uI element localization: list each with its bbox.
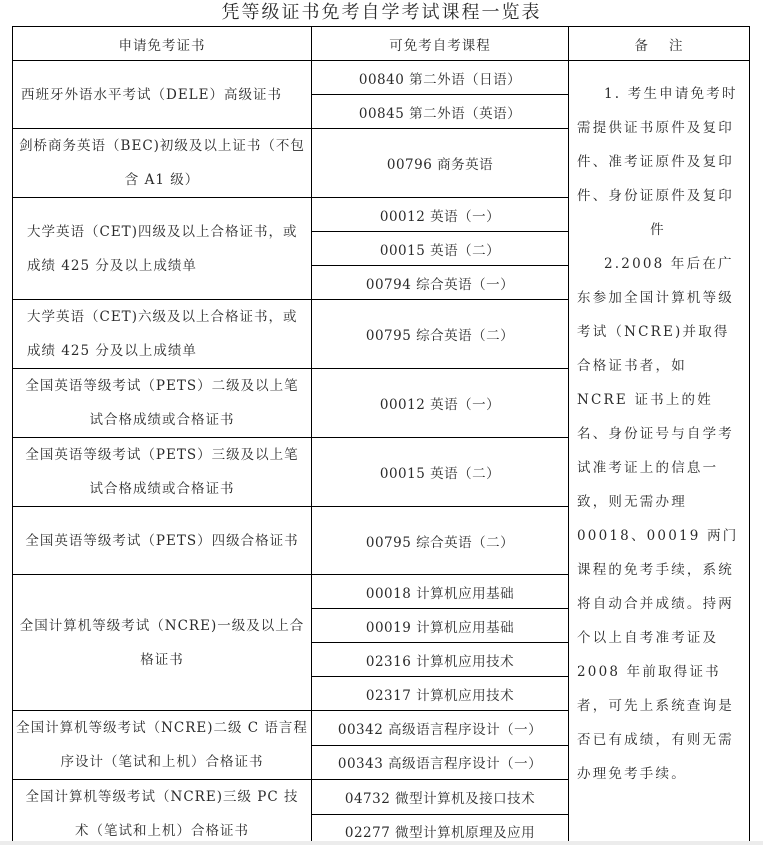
course-cell: 00018 计算机应用基础 [312, 575, 569, 609]
certificate-cell: 全国英语等级考试（PETS）四级合格证书 [13, 507, 312, 575]
certificate-cell: 剑桥商务英语（BEC)初级及以上证书（不包含 A1 级） [13, 129, 312, 198]
certificate-cell: 全国英语等级考试（PETS）二级及以上笔试合格成绩或合格证书 [13, 369, 312, 438]
table-row: 西班牙外语水平考试（DELE）高级证书 00840 第二外语（日语） 1. 考生… [13, 61, 750, 95]
header-notes-char1: 备 [635, 34, 650, 54]
certificate-cell: 全国计算机等级考试（NCRE)二级 C 语言程序设计（笔试和上机）合格证书 [13, 711, 312, 780]
course-cell: 00342 高级语言程序设计（一） [312, 711, 569, 746]
course-cell: 00795 综合英语（二） [312, 300, 569, 369]
document-title: 凭等级证书免考自学考试课程一览表 [0, 2, 763, 24]
exemption-table: 申请免考证书 可免考自考课程 备注 西班牙外语水平考试（DELE）高级证书 00… [12, 26, 750, 845]
certificate-cell: 全国计算机等级考试（NCRE)三级 PC 技术（笔试和上机）合格证书 [13, 780, 312, 845]
page-bottom-strip [0, 841, 763, 845]
course-cell: 00343 高级语言程序设计（一） [312, 745, 569, 780]
certificate-cell: 大学英语（CET)六级及以上合格证书，或成绩 425 分及以上成绩单 [13, 300, 312, 369]
header-courses: 可免考自考课程 [312, 27, 569, 61]
header-certificate: 申请免考证书 [13, 27, 312, 61]
course-cell: 00012 英语（一） [312, 198, 569, 232]
course-cell: 00794 综合英语（一） [312, 266, 569, 300]
certificate-cell: 大学英语（CET)四级及以上合格证书，或成绩 425 分及以上成绩单 [13, 198, 312, 300]
course-cell: 00845 第二外语（英语） [312, 95, 569, 129]
course-cell: 04732 微型计算机及接口技术 [312, 780, 569, 815]
certificate-cell: 全国英语等级考试（PETS）三级及以上笔试合格成绩或合格证书 [13, 438, 312, 507]
notes-cell: 1. 考生申请免考时需提供证书原件及复印件、准考证原件及复印件、身份证原件及复印… [569, 61, 750, 845]
course-cell: 02316 计算机应用技术 [312, 643, 569, 677]
note-1: 1. 考生申请免考时需提供证书原件及复印件、准考证原件及复印件、身份证原件及复印… [577, 77, 739, 247]
header-notes-char2: 注 [669, 34, 684, 54]
course-cell: 00015 英语（二） [312, 232, 569, 266]
course-cell: 00840 第二外语（日语） [312, 61, 569, 95]
course-cell: 00019 计算机应用基础 [312, 609, 569, 643]
certificate-cell: 全国计算机等级考试（NCRE)一级及以上合格证书 [13, 575, 312, 711]
certificate-cell: 西班牙外语水平考试（DELE）高级证书 [13, 61, 312, 129]
course-cell: 02317 计算机应用技术 [312, 677, 569, 711]
header-row: 申请免考证书 可免考自考课程 备注 [13, 27, 750, 61]
header-notes: 备注 [569, 27, 750, 61]
course-cell: 00012 英语（一） [312, 369, 569, 438]
course-cell: 00015 英语（二） [312, 438, 569, 507]
course-cell: 00795 综合英语（二） [312, 507, 569, 575]
note-2: 2.2008 年后在广东参加全国计算机等级考试（NCRE)并取得合格证书者，如 … [577, 247, 739, 791]
course-cell: 00796 商务英语 [312, 129, 569, 198]
